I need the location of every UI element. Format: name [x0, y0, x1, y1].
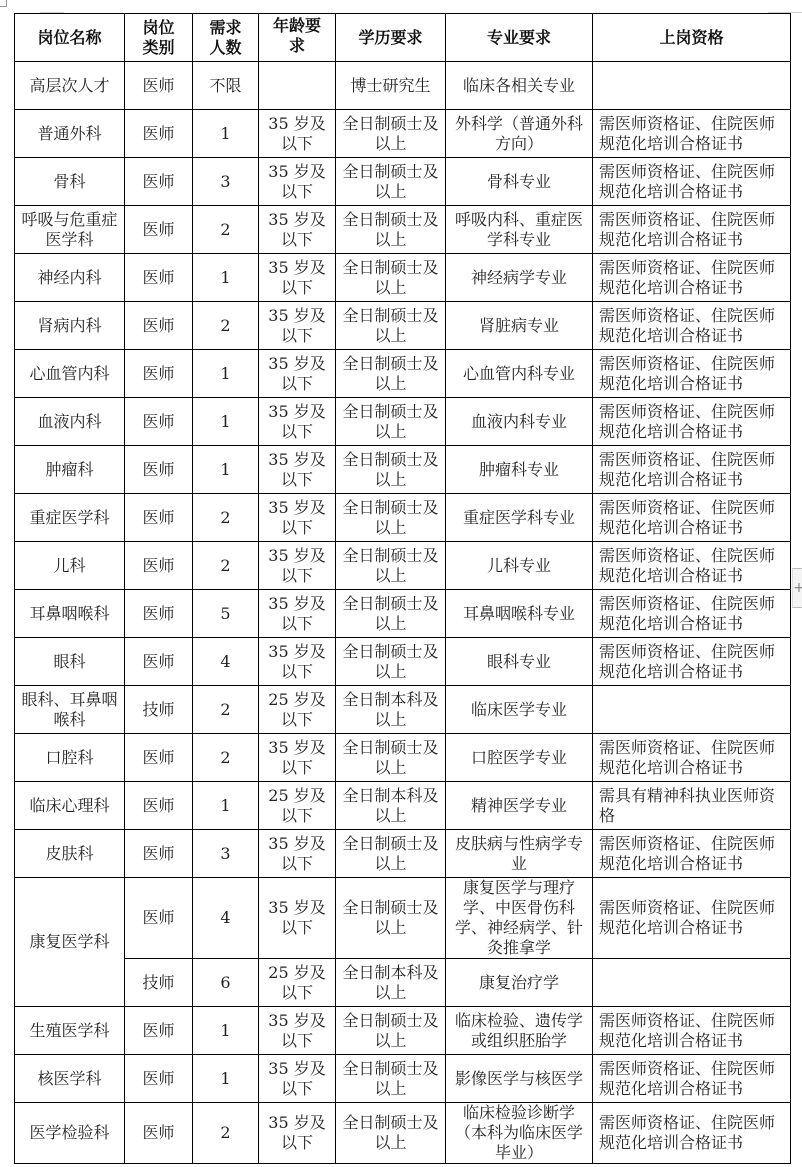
- cell-education: 全日制硕士及以上: [336, 254, 446, 302]
- cell-age: 25 岁及以下: [259, 686, 336, 734]
- cell-position-name: 肾病内科: [15, 302, 125, 350]
- cell-major: 呼吸内科、重症医学科专业: [446, 206, 593, 254]
- cell-major: 康复治疗学: [446, 959, 593, 1007]
- cell-count: 4: [193, 878, 259, 959]
- table-row: 医学检验科医师235 岁及以下全日制硕士及以上临床检验诊断学（本科为临床医学毕业…: [15, 1103, 791, 1164]
- cell-position-type: 医师: [125, 398, 193, 446]
- cell-qualification: 需医师资格证、住院医师规范化培训合格证书: [593, 638, 791, 686]
- cell-position-type: 医师: [125, 542, 193, 590]
- cell-count: 不限: [193, 62, 259, 110]
- cell-position-name: 普通外科: [15, 110, 125, 158]
- cell-age: [259, 62, 336, 110]
- cell-position-name: 康复医学科: [15, 878, 125, 1007]
- cell-major: 临床检验、遗传学或组织胚胎学: [446, 1007, 593, 1055]
- table-row: 耳鼻咽喉科医师535 岁及以下全日制硕士及以上耳鼻咽喉科专业需医师资格证、住院医…: [15, 590, 791, 638]
- cell-count: 2: [193, 494, 259, 542]
- cell-major: 血液内科专业: [446, 398, 593, 446]
- cell-position-type: 医师: [125, 734, 193, 782]
- cell-qualification: 需医师资格证、住院医师规范化培训合格证书: [593, 1055, 791, 1103]
- cell-position-type: 医师: [125, 302, 193, 350]
- table-row: 肾病内科医师235 岁及以下全日制硕士及以上肾脏病专业需医师资格证、住院医师规范…: [15, 302, 791, 350]
- table-row: 呼吸与危重症医学科医师235 岁及以下全日制硕士及以上呼吸内科、重症医学科专业需…: [15, 206, 791, 254]
- cell-position-name: 肿瘤科: [15, 446, 125, 494]
- cell-position-type: 医师: [125, 1103, 193, 1164]
- cell-major: 儿科专业: [446, 542, 593, 590]
- cell-qualification: [593, 686, 791, 734]
- cell-age: 35 岁及以下: [259, 590, 336, 638]
- cell-major: 口腔医学专业: [446, 734, 593, 782]
- header-position-type: 岗位 类别: [125, 14, 193, 62]
- table-row: 重症医学科医师235 岁及以下全日制硕士及以上重症医学科专业需医师资格证、住院医…: [15, 494, 791, 542]
- cell-age: 35 岁及以下: [259, 110, 336, 158]
- cell-major: 耳鼻咽喉科专业: [446, 590, 593, 638]
- cell-count: 3: [193, 830, 259, 878]
- cell-major: 临床检验诊断学（本科为临床医学毕业）: [446, 1103, 593, 1164]
- cell-age: 35 岁及以下: [259, 350, 336, 398]
- cell-count: 5: [193, 590, 259, 638]
- cell-age: 35 岁及以下: [259, 254, 336, 302]
- cell-position-name: 重症医学科: [15, 494, 125, 542]
- table-row: 神经内科医师135 岁及以下全日制硕士及以上神经病学专业需医师资格证、住院医师规…: [15, 254, 791, 302]
- cell-qualification: 需医师资格证、住院医师规范化培训合格证书: [593, 494, 791, 542]
- cell-position-name: 神经内科: [15, 254, 125, 302]
- table-row: 技师625 岁及以下全日制本科及以上康复治疗学: [15, 959, 791, 1007]
- cell-qualification: 需医师资格证、住院医师规范化培训合格证书: [593, 878, 791, 959]
- cell-education: 全日制硕士及以上: [336, 110, 446, 158]
- table-row: 眼科、耳鼻咽喉科技师225 岁及以下全日制本科及以上临床医学专业: [15, 686, 791, 734]
- cell-count: 1: [193, 782, 259, 830]
- cell-age: 35 岁及以下: [259, 158, 336, 206]
- cell-education: 全日制硕士及以上: [336, 878, 446, 959]
- cell-count: 1: [193, 350, 259, 398]
- cell-major: 皮肤病与性病学专业: [446, 830, 593, 878]
- cell-position-type: 医师: [125, 782, 193, 830]
- cell-position-type: 医师: [125, 1007, 193, 1055]
- cell-qualification: 需医师资格证、住院医师规范化培训合格证书: [593, 1103, 791, 1164]
- cell-major: 心血管内科专业: [446, 350, 593, 398]
- cell-position-name: 心血管内科: [15, 350, 125, 398]
- cell-count: 3: [193, 158, 259, 206]
- cell-position-name: 耳鼻咽喉科: [15, 590, 125, 638]
- cell-education: 全日制硕士及以上: [336, 1055, 446, 1103]
- cell-position-name: 生殖医学科: [15, 1007, 125, 1055]
- cell-count: 1: [193, 446, 259, 494]
- cell-position-name: 核医学科: [15, 1055, 125, 1103]
- cell-position-type: 技师: [125, 686, 193, 734]
- header-age: 年龄要 求: [259, 14, 336, 62]
- cell-education: 全日制硕士及以上: [336, 494, 446, 542]
- cell-count: 2: [193, 206, 259, 254]
- cell-age: 35 岁及以下: [259, 302, 336, 350]
- cell-count: 1: [193, 254, 259, 302]
- cell-education: 全日制硕士及以上: [336, 446, 446, 494]
- cell-position-name: 医学检验科: [15, 1103, 125, 1164]
- cell-count: 1: [193, 1055, 259, 1103]
- table-row: 普通外科医师135 岁及以下全日制硕士及以上外科学（普通外科方向）需医师资格证、…: [15, 110, 791, 158]
- cell-qualification: 需医师资格证、住院医师规范化培训合格证书: [593, 110, 791, 158]
- cell-position-type: 医师: [125, 830, 193, 878]
- cell-position-type: 技师: [125, 959, 193, 1007]
- cell-education: 博士研究生: [336, 62, 446, 110]
- cell-age: 35 岁及以下: [259, 1007, 336, 1055]
- cell-qualification: [593, 62, 791, 110]
- cell-position-type: 医师: [125, 254, 193, 302]
- cell-age: 35 岁及以下: [259, 206, 336, 254]
- cell-position-type: 医师: [125, 110, 193, 158]
- cell-position-type: 医师: [125, 350, 193, 398]
- cell-major: 康复医学与理疗学、中医骨伤科学、神经病学、针灸推拿学: [446, 878, 593, 959]
- cell-qualification: 需医师资格证、住院医师规范化培训合格证书: [593, 734, 791, 782]
- header-education: 学历要求: [336, 14, 446, 62]
- cell-major: 神经病学专业: [446, 254, 593, 302]
- cell-major: 临床各相关专业: [446, 62, 593, 110]
- cell-major: 重症医学科专业: [446, 494, 593, 542]
- cell-education: 全日制硕士及以上: [336, 590, 446, 638]
- cell-qualification: [593, 959, 791, 1007]
- cell-position-type: 医师: [125, 638, 193, 686]
- table-header-row: 岗位名称 岗位 类别 需求 人数 年龄要 求 学历要求 专业要求 上岗资格: [15, 14, 791, 62]
- cell-education: 全日制硕士及以上: [336, 1007, 446, 1055]
- cell-position-name: 血液内科: [15, 398, 125, 446]
- cell-position-type: 医师: [125, 206, 193, 254]
- cell-age: 35 岁及以下: [259, 638, 336, 686]
- cell-position-type: 医师: [125, 158, 193, 206]
- cell-position-type: 医师: [125, 590, 193, 638]
- cell-education: 全日制本科及以上: [336, 686, 446, 734]
- cell-qualification: 需医师资格证、住院医师规范化培训合格证书: [593, 206, 791, 254]
- cell-education: 全日制硕士及以上: [336, 542, 446, 590]
- cell-education: 全日制硕士及以上: [336, 350, 446, 398]
- cell-qualification: 需医师资格证、住院医师规范化培训合格证书: [593, 830, 791, 878]
- cell-education: 全日制硕士及以上: [336, 302, 446, 350]
- table-row: 骨科医师335 岁及以下全日制硕士及以上骨科专业需医师资格证、住院医师规范化培训…: [15, 158, 791, 206]
- cell-education: 全日制本科及以上: [336, 959, 446, 1007]
- table-row: 肿瘤科医师135 岁及以下全日制硕士及以上肿瘤科专业需医师资格证、住院医师规范化…: [15, 446, 791, 494]
- cell-education: 全日制硕士及以上: [336, 206, 446, 254]
- cell-age: 25 岁及以下: [259, 782, 336, 830]
- cell-major: 肾脏病专业: [446, 302, 593, 350]
- cell-major: 精神医学专业: [446, 782, 593, 830]
- cell-age: 35 岁及以下: [259, 398, 336, 446]
- cell-education: 全日制硕士及以上: [336, 734, 446, 782]
- cell-qualification: 需医师资格证、住院医师规范化培训合格证书: [593, 590, 791, 638]
- cell-major: 影像医学与核医学: [446, 1055, 593, 1103]
- cell-count: 2: [193, 542, 259, 590]
- cell-qualification: 需医师资格证、住院医师规范化培训合格证书: [593, 1007, 791, 1055]
- cell-qualification: 需医师资格证、住院医师规范化培训合格证书: [593, 302, 791, 350]
- cell-major: 眼科专业: [446, 638, 593, 686]
- cell-major: 外科学（普通外科方向）: [446, 110, 593, 158]
- cell-qualification: 需医师资格证、住院医师规范化培训合格证书: [593, 350, 791, 398]
- header-count: 需求 人数: [193, 14, 259, 62]
- cell-qualification: 需医师资格证、住院医师规范化培训合格证书: [593, 446, 791, 494]
- cell-count: 4: [193, 638, 259, 686]
- cell-education: 全日制硕士及以上: [336, 830, 446, 878]
- cell-qualification: 需具有精神科执业医师资格: [593, 782, 791, 830]
- cell-education: 全日制硕士及以上: [336, 638, 446, 686]
- cell-major: 肿瘤科专业: [446, 446, 593, 494]
- cell-count: 1: [193, 1007, 259, 1055]
- cell-major: 临床医学专业: [446, 686, 593, 734]
- cell-qualification: 需医师资格证、住院医师规范化培训合格证书: [593, 398, 791, 446]
- cell-position-type: 医师: [125, 446, 193, 494]
- recruitment-table: 岗位名称 岗位 类别 需求 人数 年龄要 求 学历要求 专业要求 上岗资格 高层…: [14, 13, 791, 1164]
- cell-count: 1: [193, 110, 259, 158]
- cell-age: 35 岁及以下: [259, 542, 336, 590]
- cell-position-name: 临床心理科: [15, 782, 125, 830]
- cell-age: 25 岁及以下: [259, 959, 336, 1007]
- cell-position-name: 骨科: [15, 158, 125, 206]
- cell-position-name: 口腔科: [15, 734, 125, 782]
- table-row: 心血管内科医师135 岁及以下全日制硕士及以上心血管内科专业需医师资格证、住院医…: [15, 350, 791, 398]
- cell-position-name: 儿科: [15, 542, 125, 590]
- cell-count: 2: [193, 1103, 259, 1164]
- cell-count: 2: [193, 734, 259, 782]
- table-resize-handle-icon[interactable]: +: [792, 568, 802, 608]
- cell-count: 2: [193, 686, 259, 734]
- header-qualification: 上岗资格: [593, 14, 791, 62]
- table-row: 生殖医学科医师135 岁及以下全日制硕士及以上临床检验、遗传学或组织胚胎学需医师…: [15, 1007, 791, 1055]
- cell-age: 35 岁及以下: [259, 830, 336, 878]
- cell-position-type: 医师: [125, 62, 193, 110]
- cell-position-type: 医师: [125, 878, 193, 959]
- cell-age: 35 岁及以下: [259, 734, 336, 782]
- cell-count: 6: [193, 959, 259, 1007]
- cell-position-name: 眼科、耳鼻咽喉科: [15, 686, 125, 734]
- table-row: 血液内科医师135 岁及以下全日制硕士及以上血液内科专业需医师资格证、住院医师规…: [15, 398, 791, 446]
- header-position-name: 岗位名称: [15, 14, 125, 62]
- cell-count: 2: [193, 302, 259, 350]
- cell-qualification: 需医师资格证、住院医师规范化培训合格证书: [593, 542, 791, 590]
- cell-count: 1: [193, 398, 259, 446]
- cell-age: 35 岁及以下: [259, 446, 336, 494]
- table-row: 儿科医师235 岁及以下全日制硕士及以上儿科专业需医师资格证、住院医师规范化培训…: [15, 542, 791, 590]
- table-row: 临床心理科医师125 岁及以下全日制本科及以上精神医学专业需具有精神科执业医师资…: [15, 782, 791, 830]
- cell-qualification: 需医师资格证、住院医师规范化培训合格证书: [593, 254, 791, 302]
- cell-age: 35 岁及以下: [259, 1055, 336, 1103]
- cell-major: 骨科专业: [446, 158, 593, 206]
- cell-age: 35 岁及以下: [259, 878, 336, 959]
- cell-age: 35 岁及以下: [259, 1103, 336, 1164]
- cell-qualification: 需医师资格证、住院医师规范化培训合格证书: [593, 158, 791, 206]
- page-corner-mark: [0, 0, 7, 7]
- cell-position-name: 皮肤科: [15, 830, 125, 878]
- cell-position-name: 眼科: [15, 638, 125, 686]
- table-row: 核医学科医师135 岁及以下全日制硕士及以上影像医学与核医学需医师资格证、住院医…: [15, 1055, 791, 1103]
- cell-education: 全日制硕士及以上: [336, 398, 446, 446]
- table-row: 高层次人才医师不限博士研究生临床各相关专业: [15, 62, 791, 110]
- cell-position-type: 医师: [125, 1055, 193, 1103]
- header-major: 专业要求: [446, 14, 593, 62]
- table-row: 康复医学科医师435 岁及以下全日制硕士及以上康复医学与理疗学、中医骨伤科学、神…: [15, 878, 791, 959]
- table-row: 口腔科医师235 岁及以下全日制硕士及以上口腔医学专业需医师资格证、住院医师规范…: [15, 734, 791, 782]
- cell-position-name: 呼吸与危重症医学科: [15, 206, 125, 254]
- cell-position-name: 高层次人才: [15, 62, 125, 110]
- cell-education: 全日制本科及以上: [336, 782, 446, 830]
- cell-position-type: 医师: [125, 494, 193, 542]
- cell-age: 35 岁及以下: [259, 494, 336, 542]
- table-row: 皮肤科医师335 岁及以下全日制硕士及以上皮肤病与性病学专业需医师资格证、住院医…: [15, 830, 791, 878]
- cell-education: 全日制硕士及以上: [336, 158, 446, 206]
- cell-education: 全日制硕士及以上: [336, 1103, 446, 1164]
- table-row: 眼科医师435 岁及以下全日制硕士及以上眼科专业需医师资格证、住院医师规范化培训…: [15, 638, 791, 686]
